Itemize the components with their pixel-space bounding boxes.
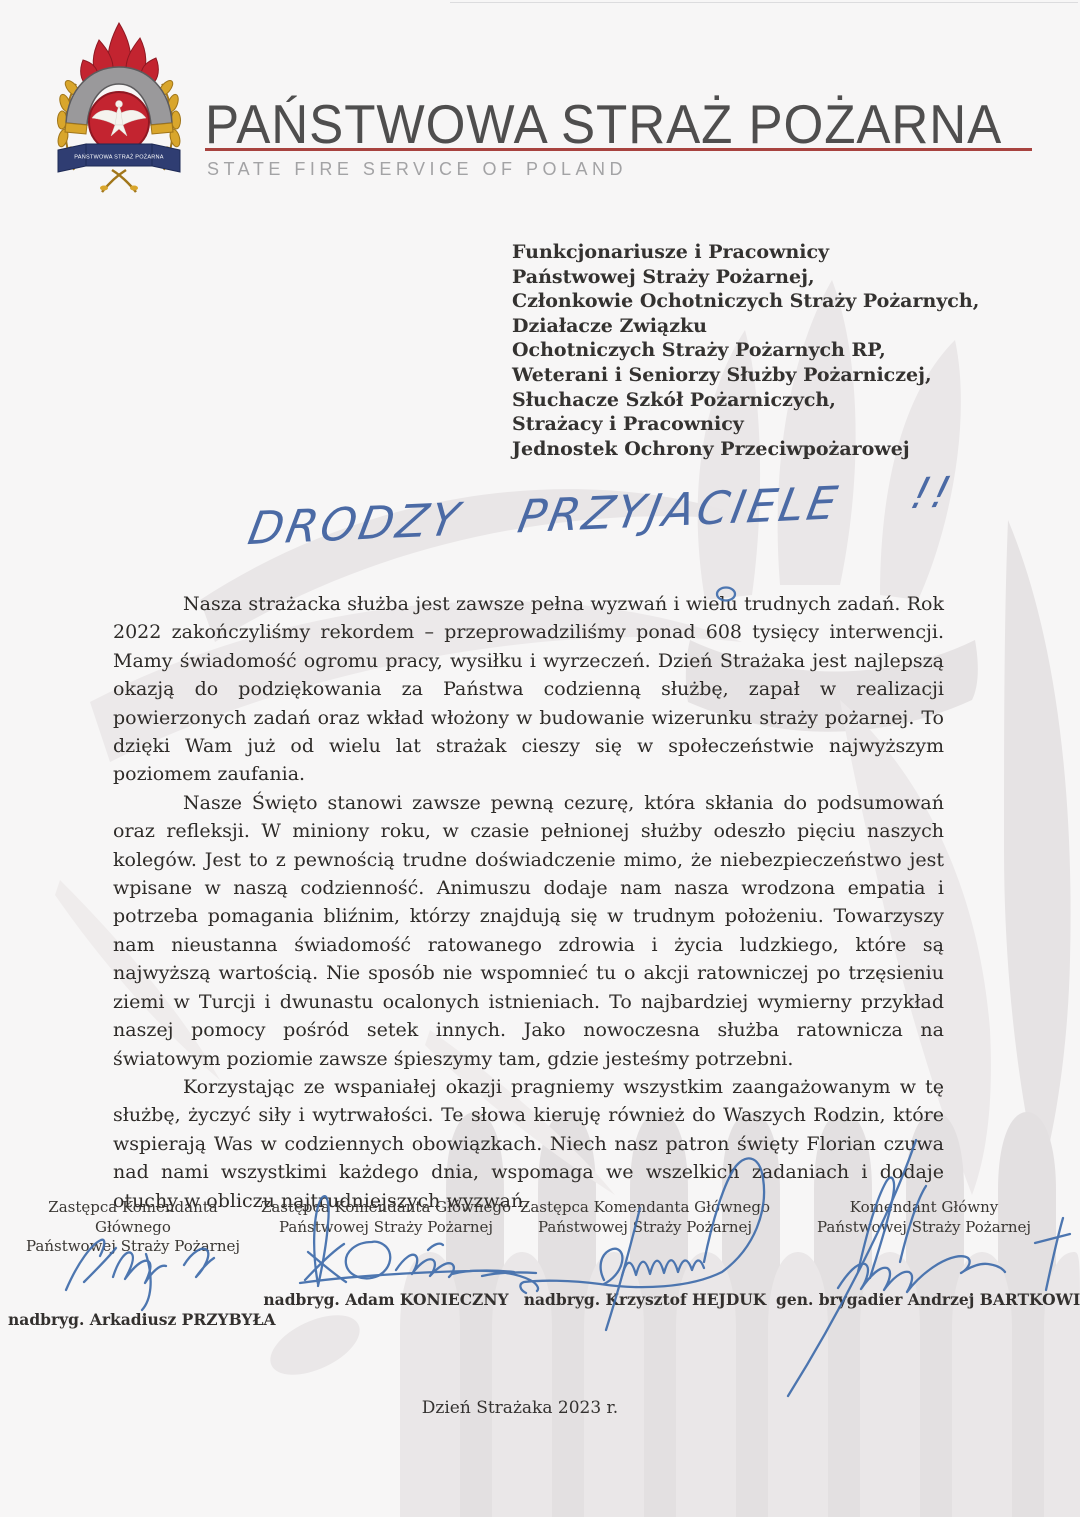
recipient-line: Działacze Związku: [512, 314, 979, 339]
signatory-przybyla: Zastępca Komendanta Głównego Państwowej …: [8, 1198, 258, 1329]
signatory-title: Państwowej Straży Pożarnej: [514, 1218, 776, 1238]
recipient-line: Weterani i Seniorzy Służby Pożarniczej,: [512, 363, 979, 388]
signatory-name: nadbryg. Adam KONIECZNY: [258, 1290, 514, 1310]
handwritten-greeting: DRODZY PRZYJACIELE !!: [248, 471, 952, 555]
crest-ribbon-text: PAŃSTWOWA STRAŻ POŻARNA: [74, 154, 164, 161]
recipient-line: Funkcjonariusze i Pracownicy: [512, 240, 979, 265]
greeting-exclamation: !!: [905, 467, 958, 518]
recipient-line: Słuchacze Szkół Pożarniczych,: [512, 388, 979, 413]
letter-page: PAŃSTWOWA STRAŻ POŻARNA PAŃSTWOWA STRAŻ …: [0, 0, 1080, 1517]
recipient-line: Członkowie Ochotniczych Straży Pożarnych…: [512, 289, 979, 314]
signatory-name: nadbryg. Arkadiusz PRZYBYŁA: [8, 1310, 258, 1330]
letter-body: Nasza strażacka służba jest zawsze pełna…: [113, 590, 944, 1215]
page-subtitle: STATE FIRE SERVICE OF POLAND: [207, 159, 627, 180]
signatory-title: Komendant Główny: [776, 1198, 1072, 1218]
signatory-bartkowiak: Komendant Główny Państwowej Straży Pożar…: [776, 1198, 1072, 1329]
signatory-title: Zastępca Komendanta Głównego: [514, 1198, 776, 1218]
recipient-line: Jednostek Ochrony Przeciwpożarowej: [512, 437, 979, 462]
recipient-line: Ochotniczych Straży Pożarnych RP,: [512, 338, 979, 363]
greeting-word: DRODZY: [244, 492, 466, 555]
recipient-line: Strażacy i Pracownicy: [512, 412, 979, 437]
greeting-word: PRZYJACIELE: [514, 476, 844, 543]
date-line: Dzień Strażaka 2023 r.: [0, 1398, 1080, 1418]
signatory-title: Państwowej Straży Pożarnej: [776, 1218, 1072, 1238]
header-divider: [205, 148, 1032, 151]
psp-crest-logo: PAŃSTWOWA STRAŻ POŻARNA: [52, 20, 186, 198]
paragraph: Nasza strażacka służba jest zawsze pełna…: [113, 590, 944, 789]
signatory-konieczny: Zastępca Komendanta Głównego Państwowej …: [258, 1198, 514, 1329]
signatory-title: Państwowej Straży Pożarnej: [258, 1218, 514, 1238]
signature-block: Zastępca Komendanta Głównego Państwowej …: [8, 1198, 1072, 1329]
page-title: PAŃSTWOWA STRAŻ POŻARNA: [205, 92, 1002, 156]
paragraph: Korzystając ze wspaniałej okazji pragnie…: [113, 1073, 944, 1215]
signatory-name: nadbryg. Krzysztof HEJDUK: [514, 1290, 776, 1310]
recipient-line: Państwowej Straży Pożarnej,: [512, 265, 979, 290]
signatory-name: gen. brygadier Andrzej BARTKOWIAK: [776, 1290, 1072, 1310]
signatory-title: Zastępca Komendanta Głównego: [258, 1198, 514, 1218]
recipient-list: Funkcjonariusze i Pracownicy Państwowej …: [512, 240, 979, 461]
signatory-title: Zastępca Komendanta Głównego: [8, 1198, 258, 1237]
signatory-hejduk: Zastępca Komendanta Głównego Państwowej …: [514, 1198, 776, 1329]
paragraph: Nasze Święto stanowi zawsze pewną cezurę…: [113, 789, 944, 1073]
signatory-title: Państwowej Straży Pożarnej: [8, 1237, 258, 1257]
